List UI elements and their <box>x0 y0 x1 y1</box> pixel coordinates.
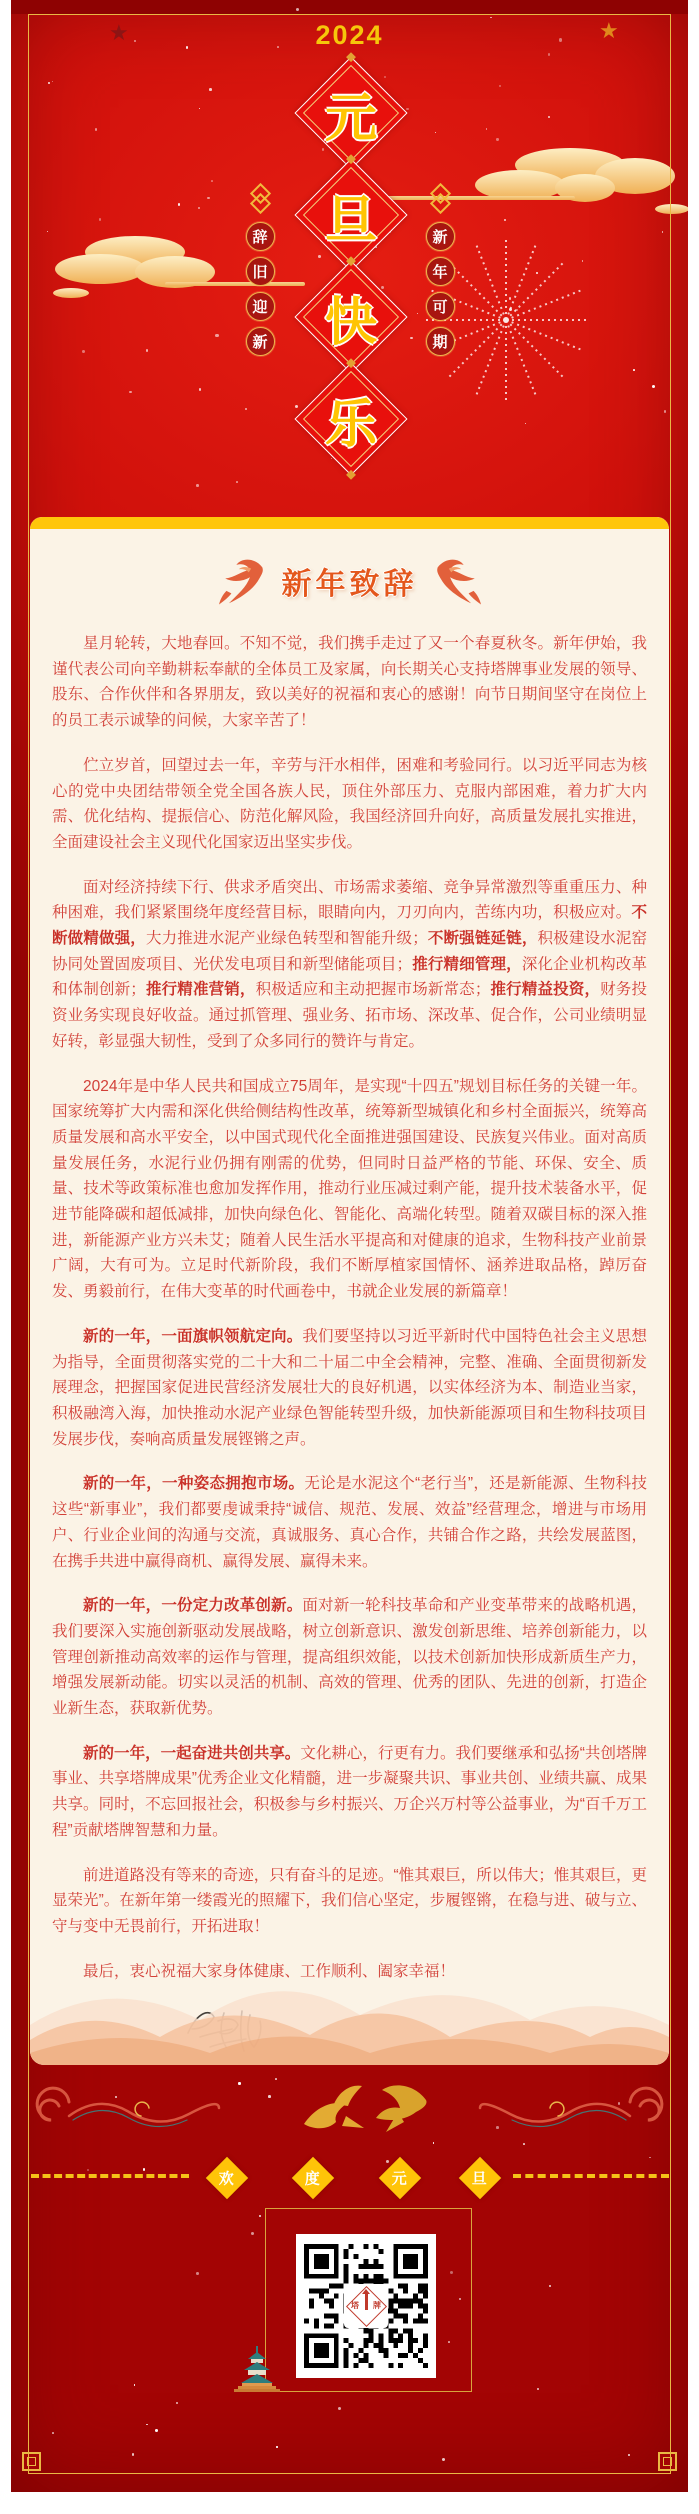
swirl-ornament-right <box>475 2082 670 2140</box>
phoenix-bird-icon <box>214 555 276 607</box>
left-tagline-column: 辞 旧 迎 新 <box>243 184 277 356</box>
logo-char: 牌 <box>373 2300 381 2311</box>
paragraph: 前进道路没有等来的奇迹，只有奋斗的足迹。“惟其艰巨，所以伟大；惟其艰巨，更显荣光… <box>52 1863 647 1940</box>
paragraph: 星月轮转，大地春回。不知不觉，我们携手走过了又一个春夏秋冬。新年伊始，我谨代表公… <box>52 631 647 734</box>
star-icon: ★ <box>109 22 129 44</box>
speech-paragraphs: 星月轮转，大地春回。不知不觉，我们携手走过了又一个春夏秋冬。新年伊始，我谨代表公… <box>30 631 669 1984</box>
double-diamond-icon <box>423 184 457 214</box>
tagline-char: 迎 <box>246 292 275 321</box>
title-char: 乐 <box>312 380 390 458</box>
tagline-char: 年 <box>426 257 455 286</box>
tagline-char: 旧 <box>246 257 275 286</box>
letter-card: 新年致辞 星月轮转，大地春回。不知不觉，我们携手走过了又一个春夏秋冬。新年伊始，… <box>30 517 669 2065</box>
logo-char: 塔 <box>351 2300 359 2311</box>
tagline-char: 辞 <box>246 222 275 251</box>
swirl-ornament-left <box>29 2082 224 2140</box>
qr-code: 塔 牌 <box>296 2234 436 2378</box>
paragraph: 新的一年，一份定力改革创新。面对新一轮科技革命和产业变革带来的战略机遇，我们要深… <box>52 1593 647 1722</box>
star-icon: ★ <box>599 20 619 42</box>
tagline-char: 新 <box>246 327 275 356</box>
phoenix-bird-icon <box>424 555 486 607</box>
dashed-divider-left <box>31 2174 189 2178</box>
slogan-char: 旦 <box>472 2167 487 2188</box>
signature-image <box>180 2003 270 2058</box>
pagoda-icon <box>233 2346 281 2392</box>
signature-block <box>180 2003 669 2063</box>
red-background-panel: 2024 ★ ★ <box>11 0 688 2492</box>
paragraph: 伫立岁首，回望过去一年，辛劳与汗水相伴，困难和考验同行。以习近平同志为核心的党中… <box>52 753 647 856</box>
paragraph: 面对经济持续下行、供求矛盾突出、市场需求萎缩、竞争异常激烈等重重压力、种种困难，… <box>52 875 647 1055</box>
paragraph: 新的一年，一面旗帜领航定向。我们要坚持以习近平新时代中国特色社会主义思想为指导，… <box>52 1324 647 1453</box>
card-gold-bar <box>30 517 669 529</box>
corner-knot-ornament <box>22 2452 41 2471</box>
tagline-char: 期 <box>426 327 455 356</box>
tagline-char: 新 <box>426 222 455 251</box>
gold-doves-icon <box>294 2076 439 2138</box>
card-title: 新年致辞 <box>282 559 418 603</box>
title-char: 快 <box>312 278 390 356</box>
double-diamond-icon <box>243 184 277 214</box>
card-header: 新年致辞 <box>30 555 669 607</box>
corner-knot-ornament <box>658 2452 677 2471</box>
paragraph: 新的一年，一种姿态拥抱市场。无论是水泥这个“老行当”，还是新能源、生物科技这些“… <box>52 1471 647 1574</box>
greeting-poster-page: 2024 ★ ★ <box>0 0 699 2514</box>
paragraph: 2024年是中华人民共和国成立75周年，是实现“十四五”规划目标任务的关键一年。… <box>52 1074 647 1305</box>
dashed-divider-right <box>513 2174 669 2178</box>
slogan-char: 元 <box>392 2167 407 2188</box>
tower-logo-icon <box>365 2293 368 2310</box>
qr-center-logo: 塔 牌 <box>344 2284 388 2328</box>
right-tagline-column: 新 年 可 期 <box>423 184 457 356</box>
title-char: 元 <box>312 74 390 152</box>
paragraph: 最后，衷心祝福大家身体健康、工作顺利、阖家幸福！ <box>52 1959 647 1985</box>
tagline-char: 可 <box>426 292 455 321</box>
paragraph: 新的一年，一起奋进共创共享。文化耕心，行更有力。我们要继承和弘扬“共创塔牌事业、… <box>52 1741 647 1844</box>
cloud-ornament-left <box>45 236 275 306</box>
cloud-ornament-right <box>445 148 685 218</box>
slogan-char: 欢 <box>219 2167 234 2188</box>
slogan-char: 度 <box>305 2167 320 2188</box>
title-char: 旦 <box>312 176 390 254</box>
